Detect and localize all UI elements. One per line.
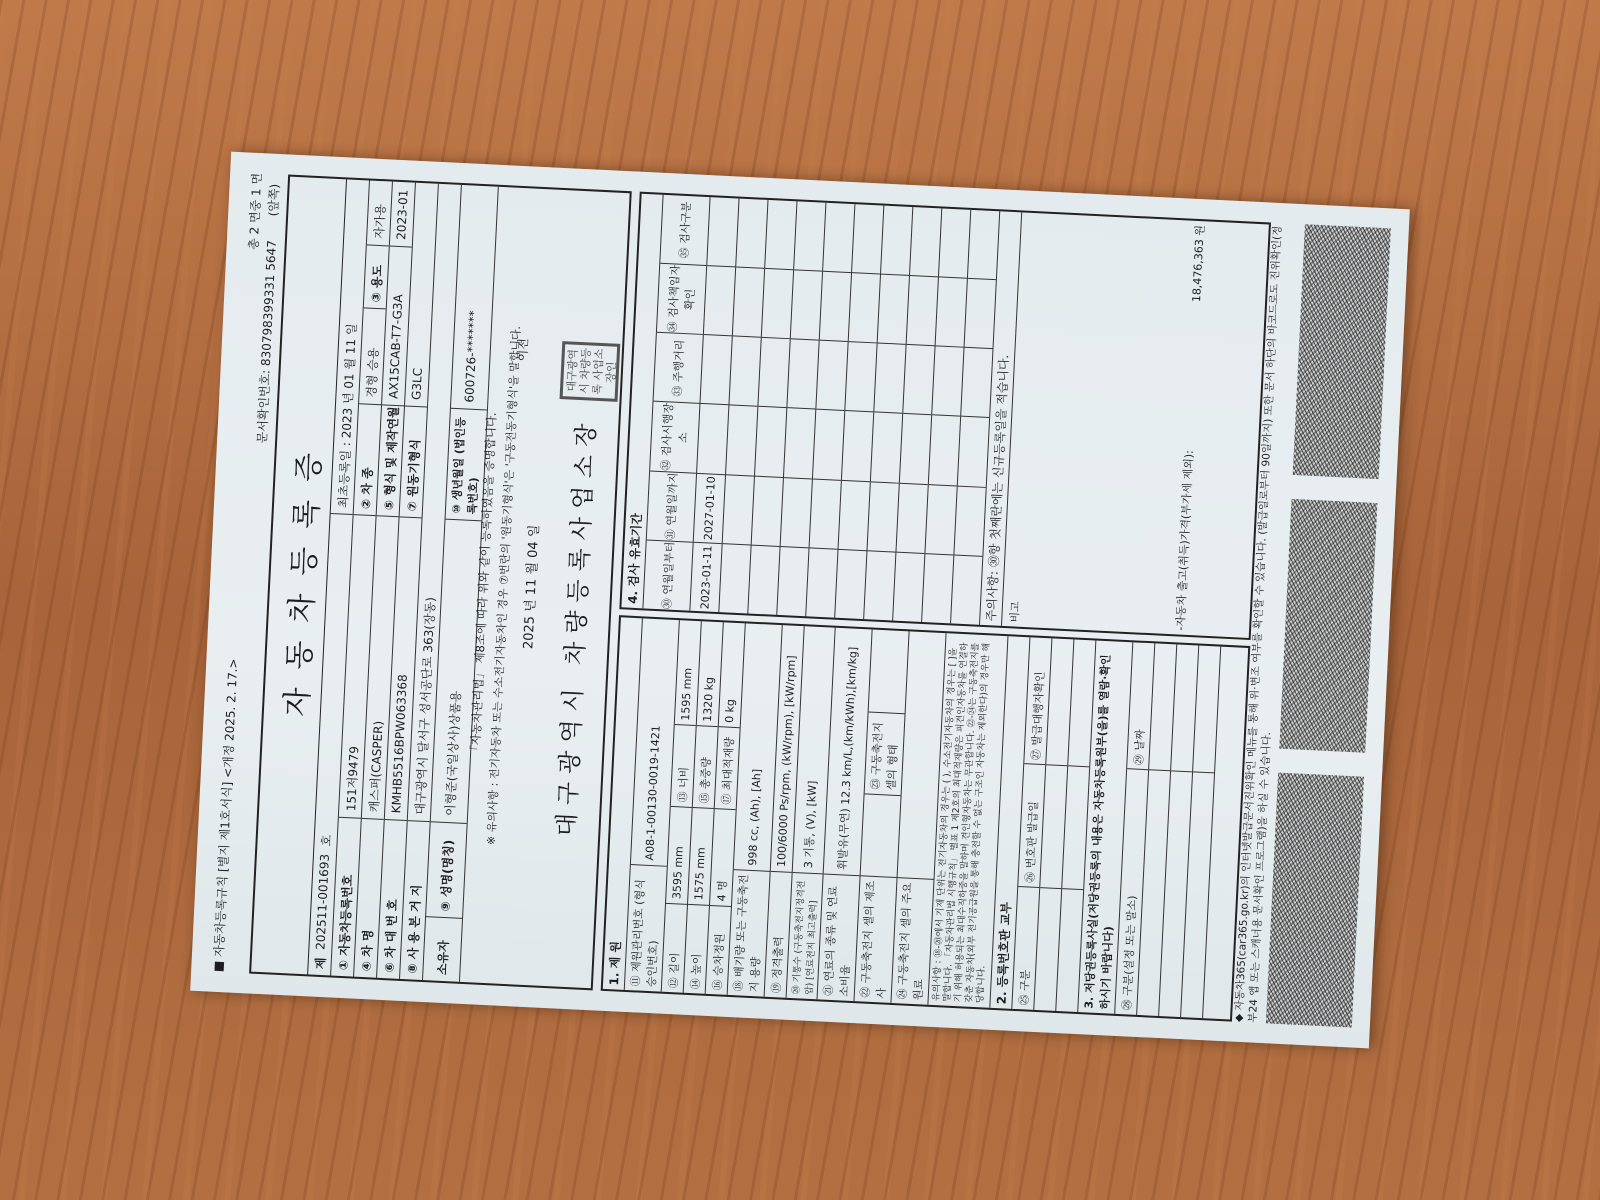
certificate-main: 자동차등록증 제 202511-001693 호 최초등록일 : 2023 년 …	[249, 174, 632, 990]
barcode-icon	[1279, 499, 1377, 754]
inspection-rows: 2023-01-112027-01-10	[690, 197, 1000, 625]
barcode-icon	[1293, 224, 1391, 479]
registration-serial: 202511-001693	[313, 854, 332, 951]
vehicle-registration-certificate: ■ 자동차등록규칙 [별지 제1호서식] <개정 2025. 2. 17.> 총…	[190, 152, 1410, 1049]
specs-panel: 1. 제 원 ⑪ 제원관리번호 (형식승인번호)A08-1-00130-0019…	[601, 615, 1251, 1021]
acquisition-price: -자동차 출고(취득)가격(부가세 제외): 18,476,363 원	[1172, 225, 1208, 631]
inspection-panel: 4. 검사 유효기간 ㉚ 연월일부터㉛ 연월일까지㉜ 검사시행장소㉝ 주행거리㉞…	[619, 192, 1271, 640]
transfer-mark: 이전	[513, 338, 531, 362]
inspection-col-header: ㉚ 연월일부터	[643, 539, 692, 610]
inspection-col-header: ㉜ 검사시행장소	[650, 401, 699, 472]
inspection-col-header: ㉛ 연월일까지	[647, 470, 696, 541]
form-reference: ■ 자동차등록규칙 [별지 제1호서식] <개정 2025. 2. 17.>	[209, 658, 241, 972]
inspection-col-header: ㉞ 검사책임자 확인	[657, 263, 706, 334]
remarks: 비고 -자동차 출고(취득)가격(부가세 제외): 18,476,363 원	[1002, 212, 1212, 635]
barcode-icon	[1266, 773, 1364, 1028]
first-registration-date: 2023 년 01 월 11 일	[337, 323, 360, 439]
official-seal-icon: 대구광역시 차량등록 사업소장인	[560, 341, 621, 402]
inspection-col-header: ㉟ 검사구분	[660, 195, 709, 265]
inspection-col-header: ㉝ 주행거리	[654, 332, 703, 403]
